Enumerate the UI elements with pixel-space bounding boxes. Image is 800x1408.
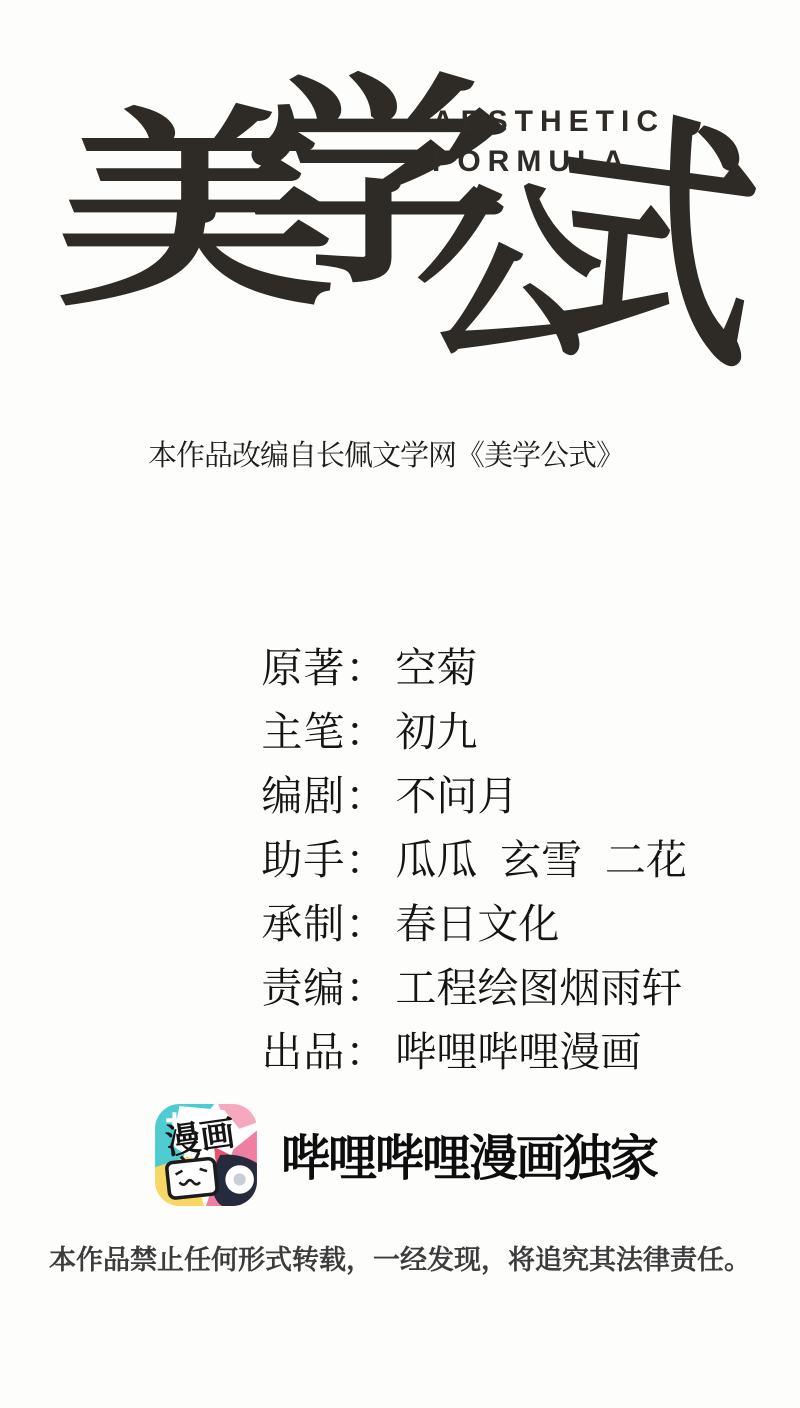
credit-value: 瓜瓜 玄雪 二花 [395,837,687,883]
copyright-disclaimer: 本作品禁止任何形式转载，一经发现，将追究其法律责任。 [0,1238,800,1277]
credit-label: 主笔： [261,709,387,755]
credits-list: 原著：空菊 主笔：初九 编剧：不问月 助手：瓜瓜 玄雪 二花 承制：春日文化 责… [193,572,687,1020]
publisher-row: 漫画 哔哩哔哩漫画独家 [155,1102,657,1208]
title-latin-line1: AESTHETIC [432,102,665,142]
comic-title-page: 美 学 公 式 AESTHETIC FORMULA 本作品改编自长佩文学网《美学… [0,0,800,1408]
exclusive-label: 哔哩哔哩漫画独家 [281,1120,657,1190]
credit-label: 出品： [261,1029,387,1075]
credit-value: 哔哩哔哩漫画 [395,1029,641,1075]
credit-value: 空菊 [395,645,477,691]
credit-label: 承制： [261,901,387,947]
title-latin-line2: FORMULA [432,142,665,182]
title-latin: AESTHETIC FORMULA [432,102,665,181]
credit-value: 工程绘图烟雨轩 [395,965,682,1011]
credit-label: 编剧： [261,773,387,819]
credit-value: 春日文化 [395,901,559,947]
title-lockup: 美 学 公 式 AESTHETIC FORMULA [0,0,800,430]
credit-value: 不问月 [395,773,518,819]
adaptation-note: 本作品改编自长佩文学网《美学公式》 [148,433,624,474]
credit-label: 责编： [261,965,387,1011]
credit-label: 原著： [261,645,387,691]
credit-label: 助手： [261,837,387,883]
bilibili-manga-app-icon: 漫画 [155,1102,257,1208]
credit-value: 初九 [395,709,477,755]
credit-row-original-author: 原著：空菊 [193,572,687,636]
